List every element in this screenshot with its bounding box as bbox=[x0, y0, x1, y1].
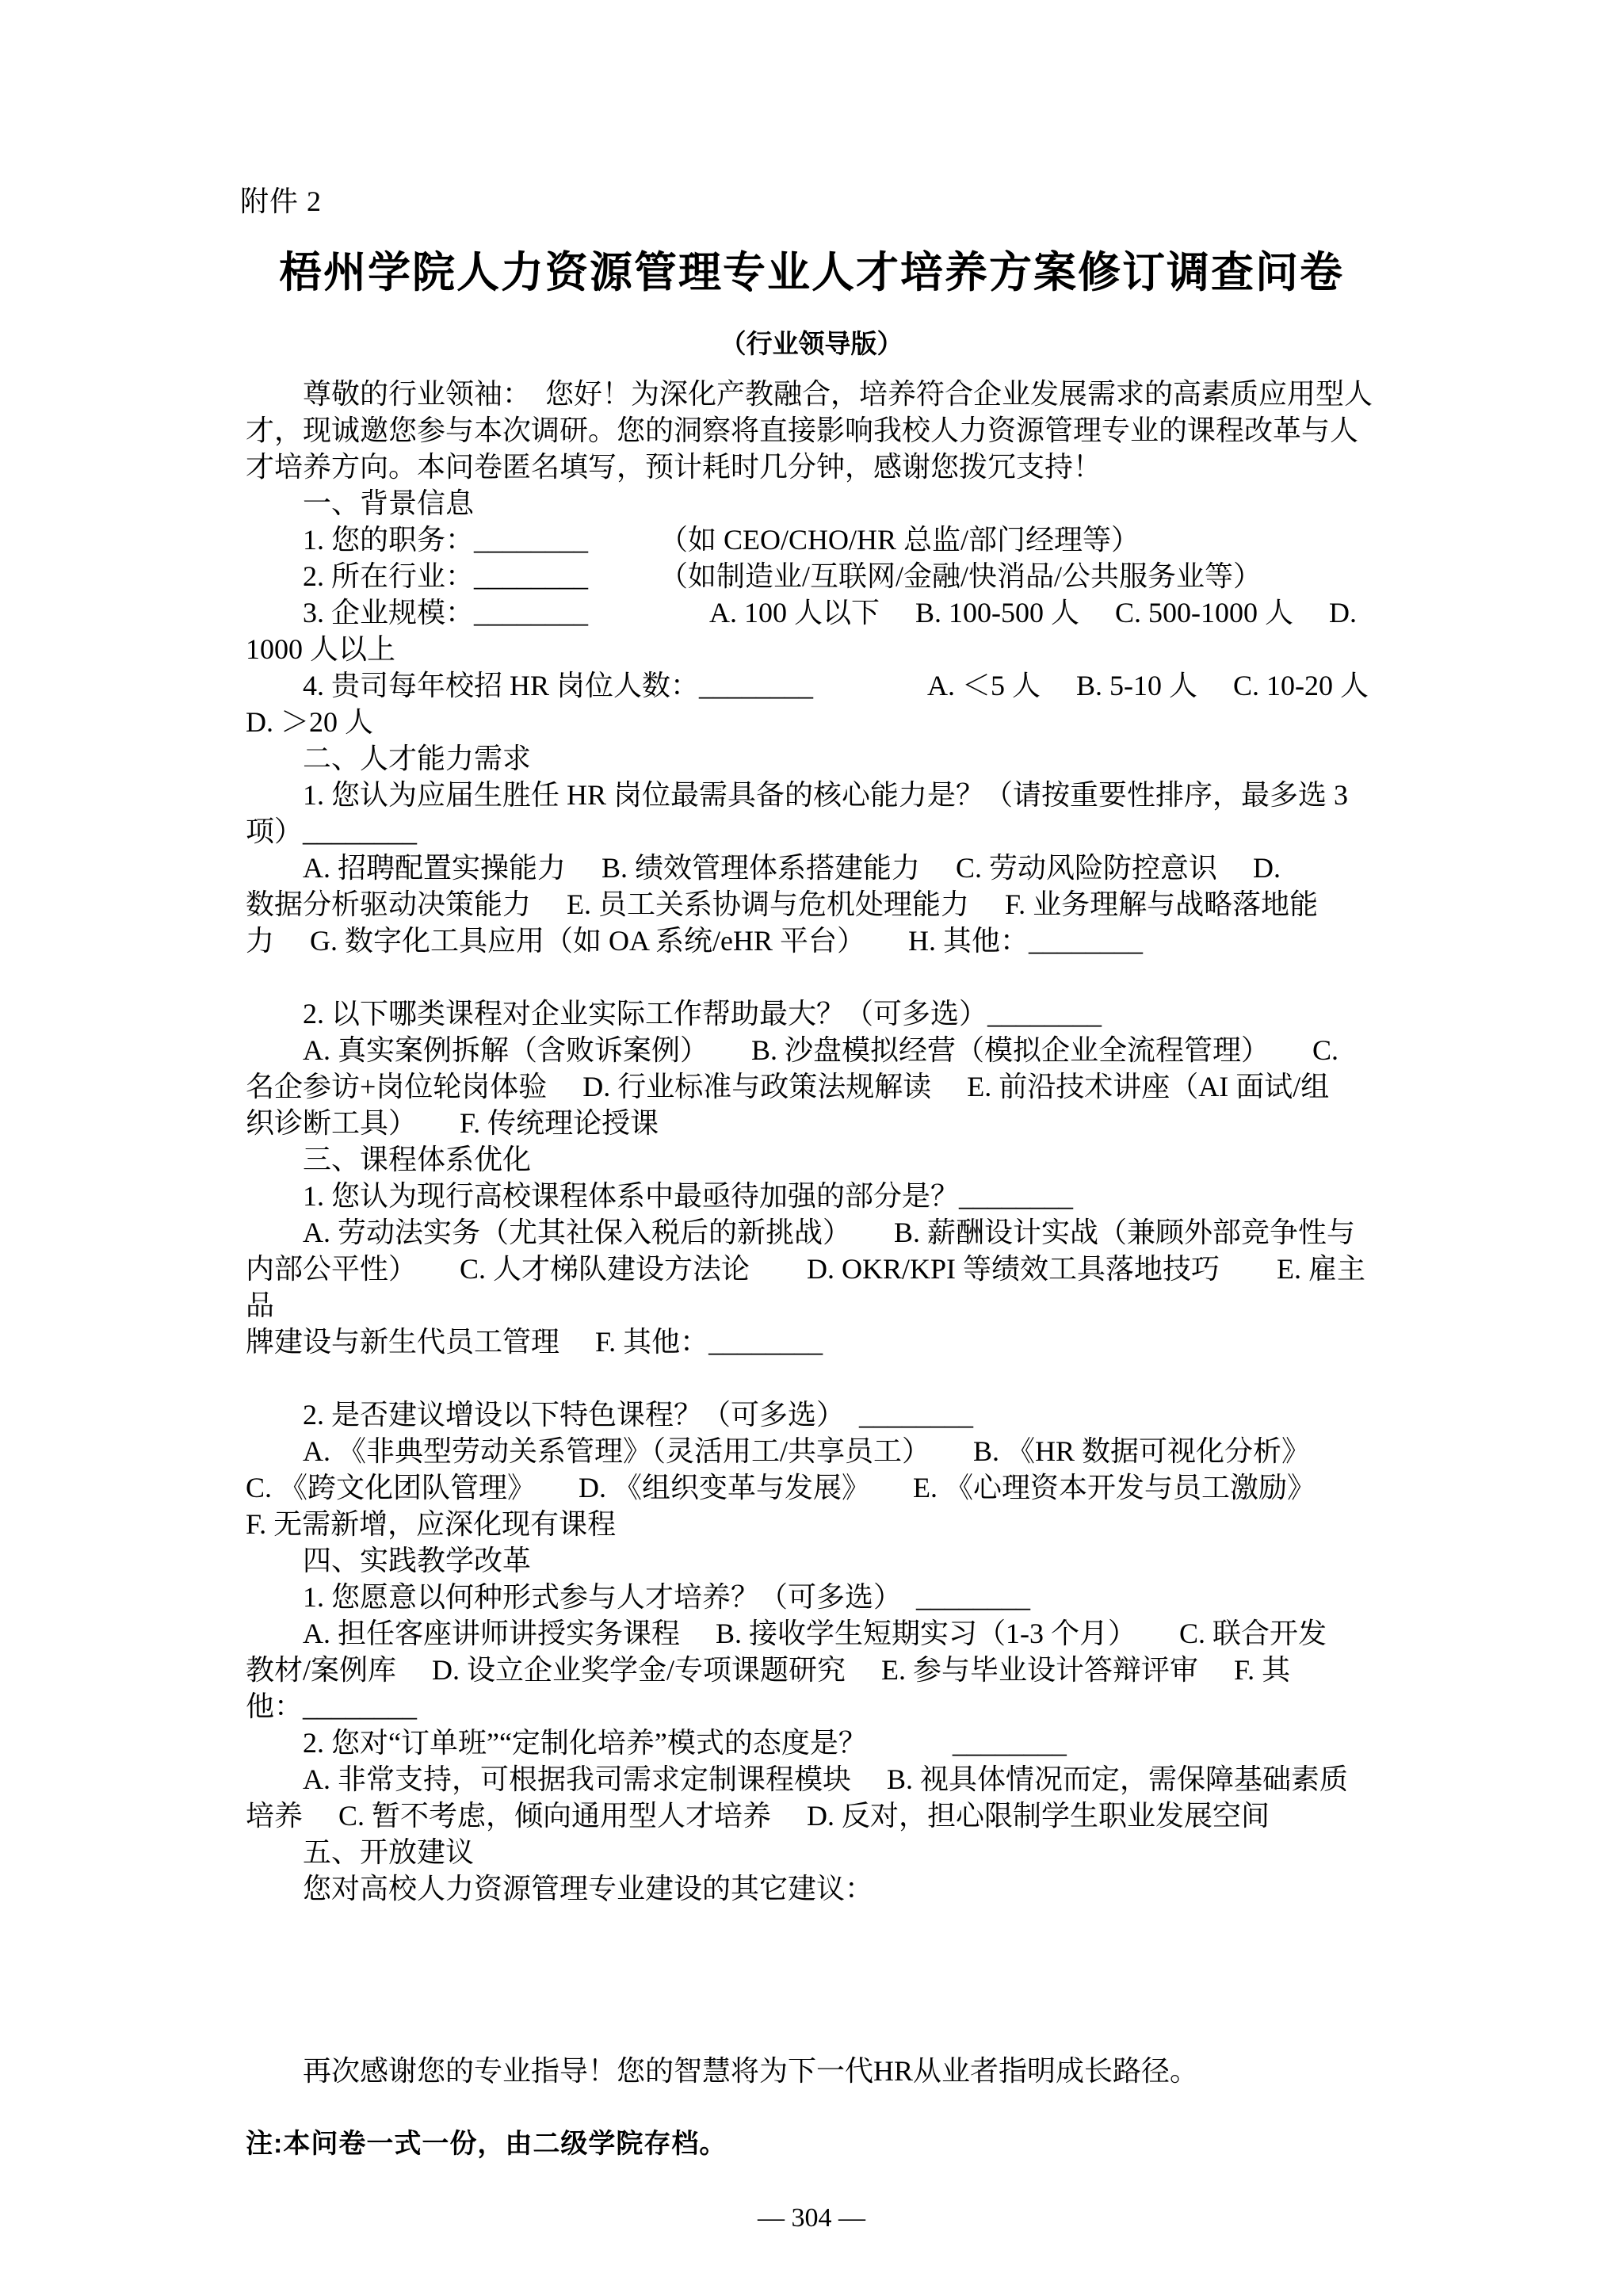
blank-line bbox=[246, 1907, 1377, 1943]
body-line: 4. 贵司每年校招 HR 岗位人数：________ A. ＜5 人 B. 5-… bbox=[246, 667, 1377, 704]
body-line: 1000 人以上 bbox=[246, 631, 1377, 667]
body-line: F. 无需新增，应深化现有课程 bbox=[246, 1506, 1377, 1542]
blank-line bbox=[246, 1360, 1377, 1396]
body-line: 教材/案例库 D. 设立企业奖学金/专项课题研究 E. 参与毕业设计答辩评审 F… bbox=[246, 1652, 1377, 1688]
body-line: A. 真实案例拆解（含败诉案例） B. 沙盘模拟经营（模拟企业全流程管理） C. bbox=[246, 1032, 1377, 1068]
blank-line bbox=[246, 2016, 1377, 2053]
body-line: 1. 您认为应届生胜任 HR 岗位最需具备的核心能力是？（请按重要性排序，最多选… bbox=[246, 777, 1377, 813]
body-line: 2. 以下哪类课程对企业实际工作帮助最大？（可多选）________ bbox=[246, 995, 1377, 1032]
body-line: 3. 企业规模：________ A. 100 人以下 B. 100-500 人… bbox=[246, 594, 1377, 631]
body-line: 名企参访+岗位轮岗体验 D. 行业标准与政策法规解读 E. 前沿技术讲座（AI … bbox=[246, 1068, 1377, 1105]
body-line: 再次感谢您的专业指导！您的智慧将为下一代HR从业者指明成长路径。 bbox=[246, 2053, 1377, 2089]
body-line: 尊敬的行业领袖： 您好！为深化产教融合，培养符合企业发展需求的高素质应用型人 bbox=[246, 376, 1377, 412]
questionnaire-page: 附件 2 梧州学院人力资源管理专业人才培养方案修订调查问卷 （行业领导版） 尊敬… bbox=[0, 0, 1623, 2296]
body-line: 才培养方向。本问卷匿名填写，预计耗时几分钟，感谢您拨冗支持！ bbox=[246, 449, 1377, 485]
blank-line bbox=[246, 2089, 1377, 2126]
page-title: 梧州学院人力资源管理专业人才培养方案修订调查问卷 bbox=[0, 247, 1623, 298]
attachment-label: 附件 2 bbox=[240, 183, 322, 220]
page-subtitle: （行业领导版） bbox=[0, 328, 1623, 360]
body-line: 2. 您对“订单班”“定制化培养”模式的态度是？ ________ bbox=[246, 1725, 1377, 1761]
body-line: 1. 您认为现行高校课程体系中最亟待加强的部分是？________ bbox=[246, 1178, 1377, 1214]
blank-line bbox=[246, 959, 1377, 995]
body-line: 数据分析驱动决策能力 E. 员工关系协调与危机处理能力 F. 业务理解与战略落地… bbox=[246, 886, 1377, 923]
body-line: A. 劳动法实务（尤其社保入税后的新挑战） B. 薪酬设计实战（兼顾外部竞争性与 bbox=[246, 1214, 1377, 1251]
body-line: A. 招聘配置实操能力 B. 绩效管理体系搭建能力 C. 劳动风险防控意识 D. bbox=[246, 850, 1377, 886]
body-line: D. ＞20 人 bbox=[246, 704, 1377, 740]
body-line: A. 非常支持，可根据我司需求定制课程模块 B. 视具体情况而定，需保障基础素质 bbox=[246, 1761, 1377, 1797]
body-line: 织诊断工具） F. 传统理论授课 bbox=[246, 1105, 1377, 1141]
body-line: 1. 您愿意以何种形式参与人才培养？（可多选） ________ bbox=[246, 1579, 1377, 1615]
blank-line bbox=[246, 1943, 1377, 1980]
body-line: 您对高校人力资源管理专业建设的其它建议： bbox=[246, 1870, 1377, 1907]
body-line: 一、背景信息 bbox=[246, 485, 1377, 521]
note-line: 注:本问卷一式一份，由二级学院存档。 bbox=[246, 2126, 1377, 2162]
body-line: 四、实践教学改革 bbox=[246, 1542, 1377, 1579]
body-line: 三、课程体系优化 bbox=[246, 1141, 1377, 1178]
body-line: 培养 C. 暂不考虑，倾向通用型人才培养 D. 反对，担心限制学生职业发展空间 bbox=[246, 1797, 1377, 1834]
body-line: A. 担任客座讲师讲授实务课程 B. 接收学生短期实习（1-3 个月） C. 联… bbox=[246, 1615, 1377, 1652]
body-line: A. 《非典型劳动关系管理》（灵活用工/共享员工） B. 《HR 数据可视化分析… bbox=[246, 1433, 1377, 1469]
body-line: 2. 所在行业：________ （如制造业/互联网/金融/快消品/公共服务业等… bbox=[246, 558, 1377, 594]
body-line: 内部公平性） C. 人才梯队建设方法论 D. OKR/KPI 等绩效工具落地技巧… bbox=[246, 1251, 1377, 1324]
questionnaire-body: 尊敬的行业领袖： 您好！为深化产教融合，培养符合企业发展需求的高素质应用型人才，… bbox=[246, 376, 1377, 2162]
body-line: 他：________ bbox=[246, 1688, 1377, 1725]
body-line: 才，现诚邀您参与本次调研。您的洞察将直接影响我校人力资源管理专业的课程改革与人 bbox=[246, 412, 1377, 449]
body-line: 2. 是否建议增设以下特色课程？（可多选） ________ bbox=[246, 1396, 1377, 1433]
body-line: 项）________ bbox=[246, 813, 1377, 850]
page-number: — 304 — bbox=[0, 2202, 1623, 2235]
body-line: 力 G. 数字化工具应用（如 OA 系统/eHR 平台） H. 其他：_____… bbox=[246, 923, 1377, 959]
blank-line bbox=[246, 1980, 1377, 2016]
body-line: 1. 您的职务：________ （如 CEO/CHO/HR 总监/部门经理等） bbox=[246, 521, 1377, 558]
body-line: C. 《跨文化团队管理》 D. 《组织变革与发展》 E. 《心理资本开发与员工激… bbox=[246, 1469, 1377, 1506]
body-line: 五、开放建议 bbox=[246, 1834, 1377, 1870]
body-line: 牌建设与新生代员工管理 F. 其他：________ bbox=[246, 1324, 1377, 1360]
body-line: 二、人才能力需求 bbox=[246, 740, 1377, 777]
